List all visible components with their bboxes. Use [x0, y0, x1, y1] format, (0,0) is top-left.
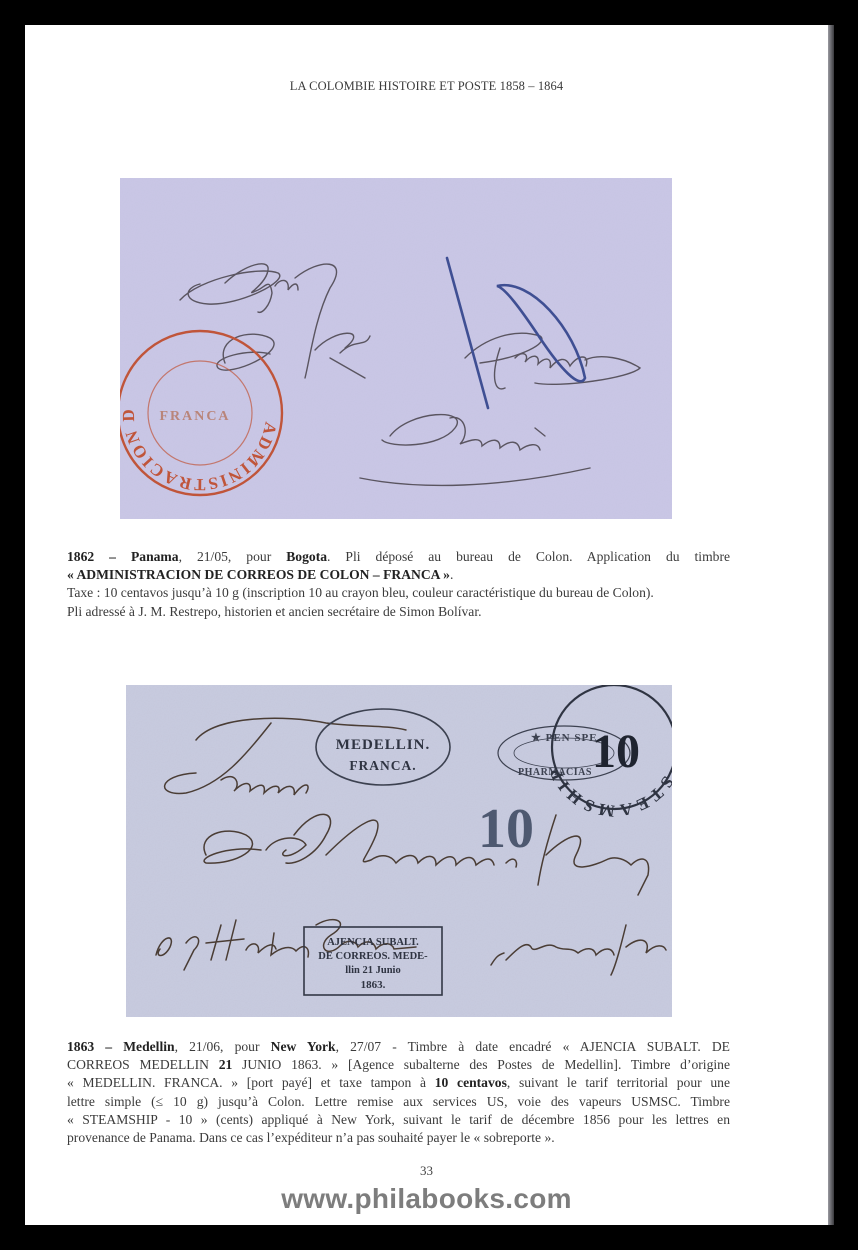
- caption-line: CORREOS MEDELLIN 21 JUNIO 1863. » [Agenc…: [67, 1056, 730, 1074]
- svg-text:llin 21 Junio: llin 21 Junio: [345, 965, 400, 976]
- figure-caption-1862: 1862 – Panama, 21/05, pour Bogota. Pli d…: [67, 548, 730, 621]
- page-number: 33: [25, 1163, 828, 1179]
- cover-image-1863: MEDELLIN. FRANCA. 10 ★ PEN SPE PHARMACIA…: [126, 685, 672, 1017]
- caption-line: Taxe : 10 centavos jusqu’à 10 g (inscrip…: [67, 584, 730, 602]
- svg-text:FRANCA: FRANCA: [159, 409, 230, 424]
- book-page: LA COLOMBIE HISTOIRE ET POSTE 1858 – 186…: [25, 25, 828, 1225]
- caption-line: 1863 – Medellin, 21/06, pour New York, 2…: [67, 1038, 730, 1056]
- caption-line: « STEAMSHIP - 10 » (cents) appliqué à Ne…: [67, 1111, 730, 1129]
- figure-caption-1863: 1863 – Medellin, 21/06, pour New York, 2…: [67, 1038, 730, 1147]
- running-head: LA COLOMBIE HISTOIRE ET POSTE 1858 – 186…: [25, 79, 828, 94]
- caption-line: « MEDELLIN. FRANCA. » [port payé] et tax…: [67, 1074, 730, 1092]
- cover-image-1862: ADMINISTRACION DE CORREOS DE COLON FRANC…: [120, 178, 672, 519]
- caption-line: 1862 – Panama, 21/05, pour Bogota. Pli d…: [67, 548, 730, 566]
- svg-text:FRANCA.: FRANCA.: [349, 758, 416, 773]
- caption-line: « ADMINISTRACION DE CORREOS DE COLON – F…: [67, 566, 730, 584]
- watermark-url: www.philabooks.com: [25, 1183, 828, 1215]
- svg-text:1863.: 1863.: [361, 979, 386, 991]
- caption-line: Pli adressé à J. M. Restrepo, historien …: [67, 603, 730, 621]
- svg-text:★ PEN SPE: ★ PEN SPE: [531, 732, 598, 744]
- svg-text:MEDELLIN.: MEDELLIN.: [336, 737, 430, 753]
- svg-text:10: 10: [592, 725, 640, 778]
- svg-text:DE CORREOS. MEDE-: DE CORREOS. MEDE-: [318, 951, 428, 962]
- caption-line: lettre simple (≤ 10 g) jusqu’à Colon. Le…: [67, 1093, 730, 1111]
- page-edge-shadow: [828, 25, 834, 1225]
- rate-stamp-10: 10: [478, 798, 534, 860]
- caption-line: provenance de Panama. Dans ce cas l’expé…: [67, 1129, 730, 1147]
- svg-text:AJENCIA SUBALT.: AJENCIA SUBALT.: [327, 937, 419, 948]
